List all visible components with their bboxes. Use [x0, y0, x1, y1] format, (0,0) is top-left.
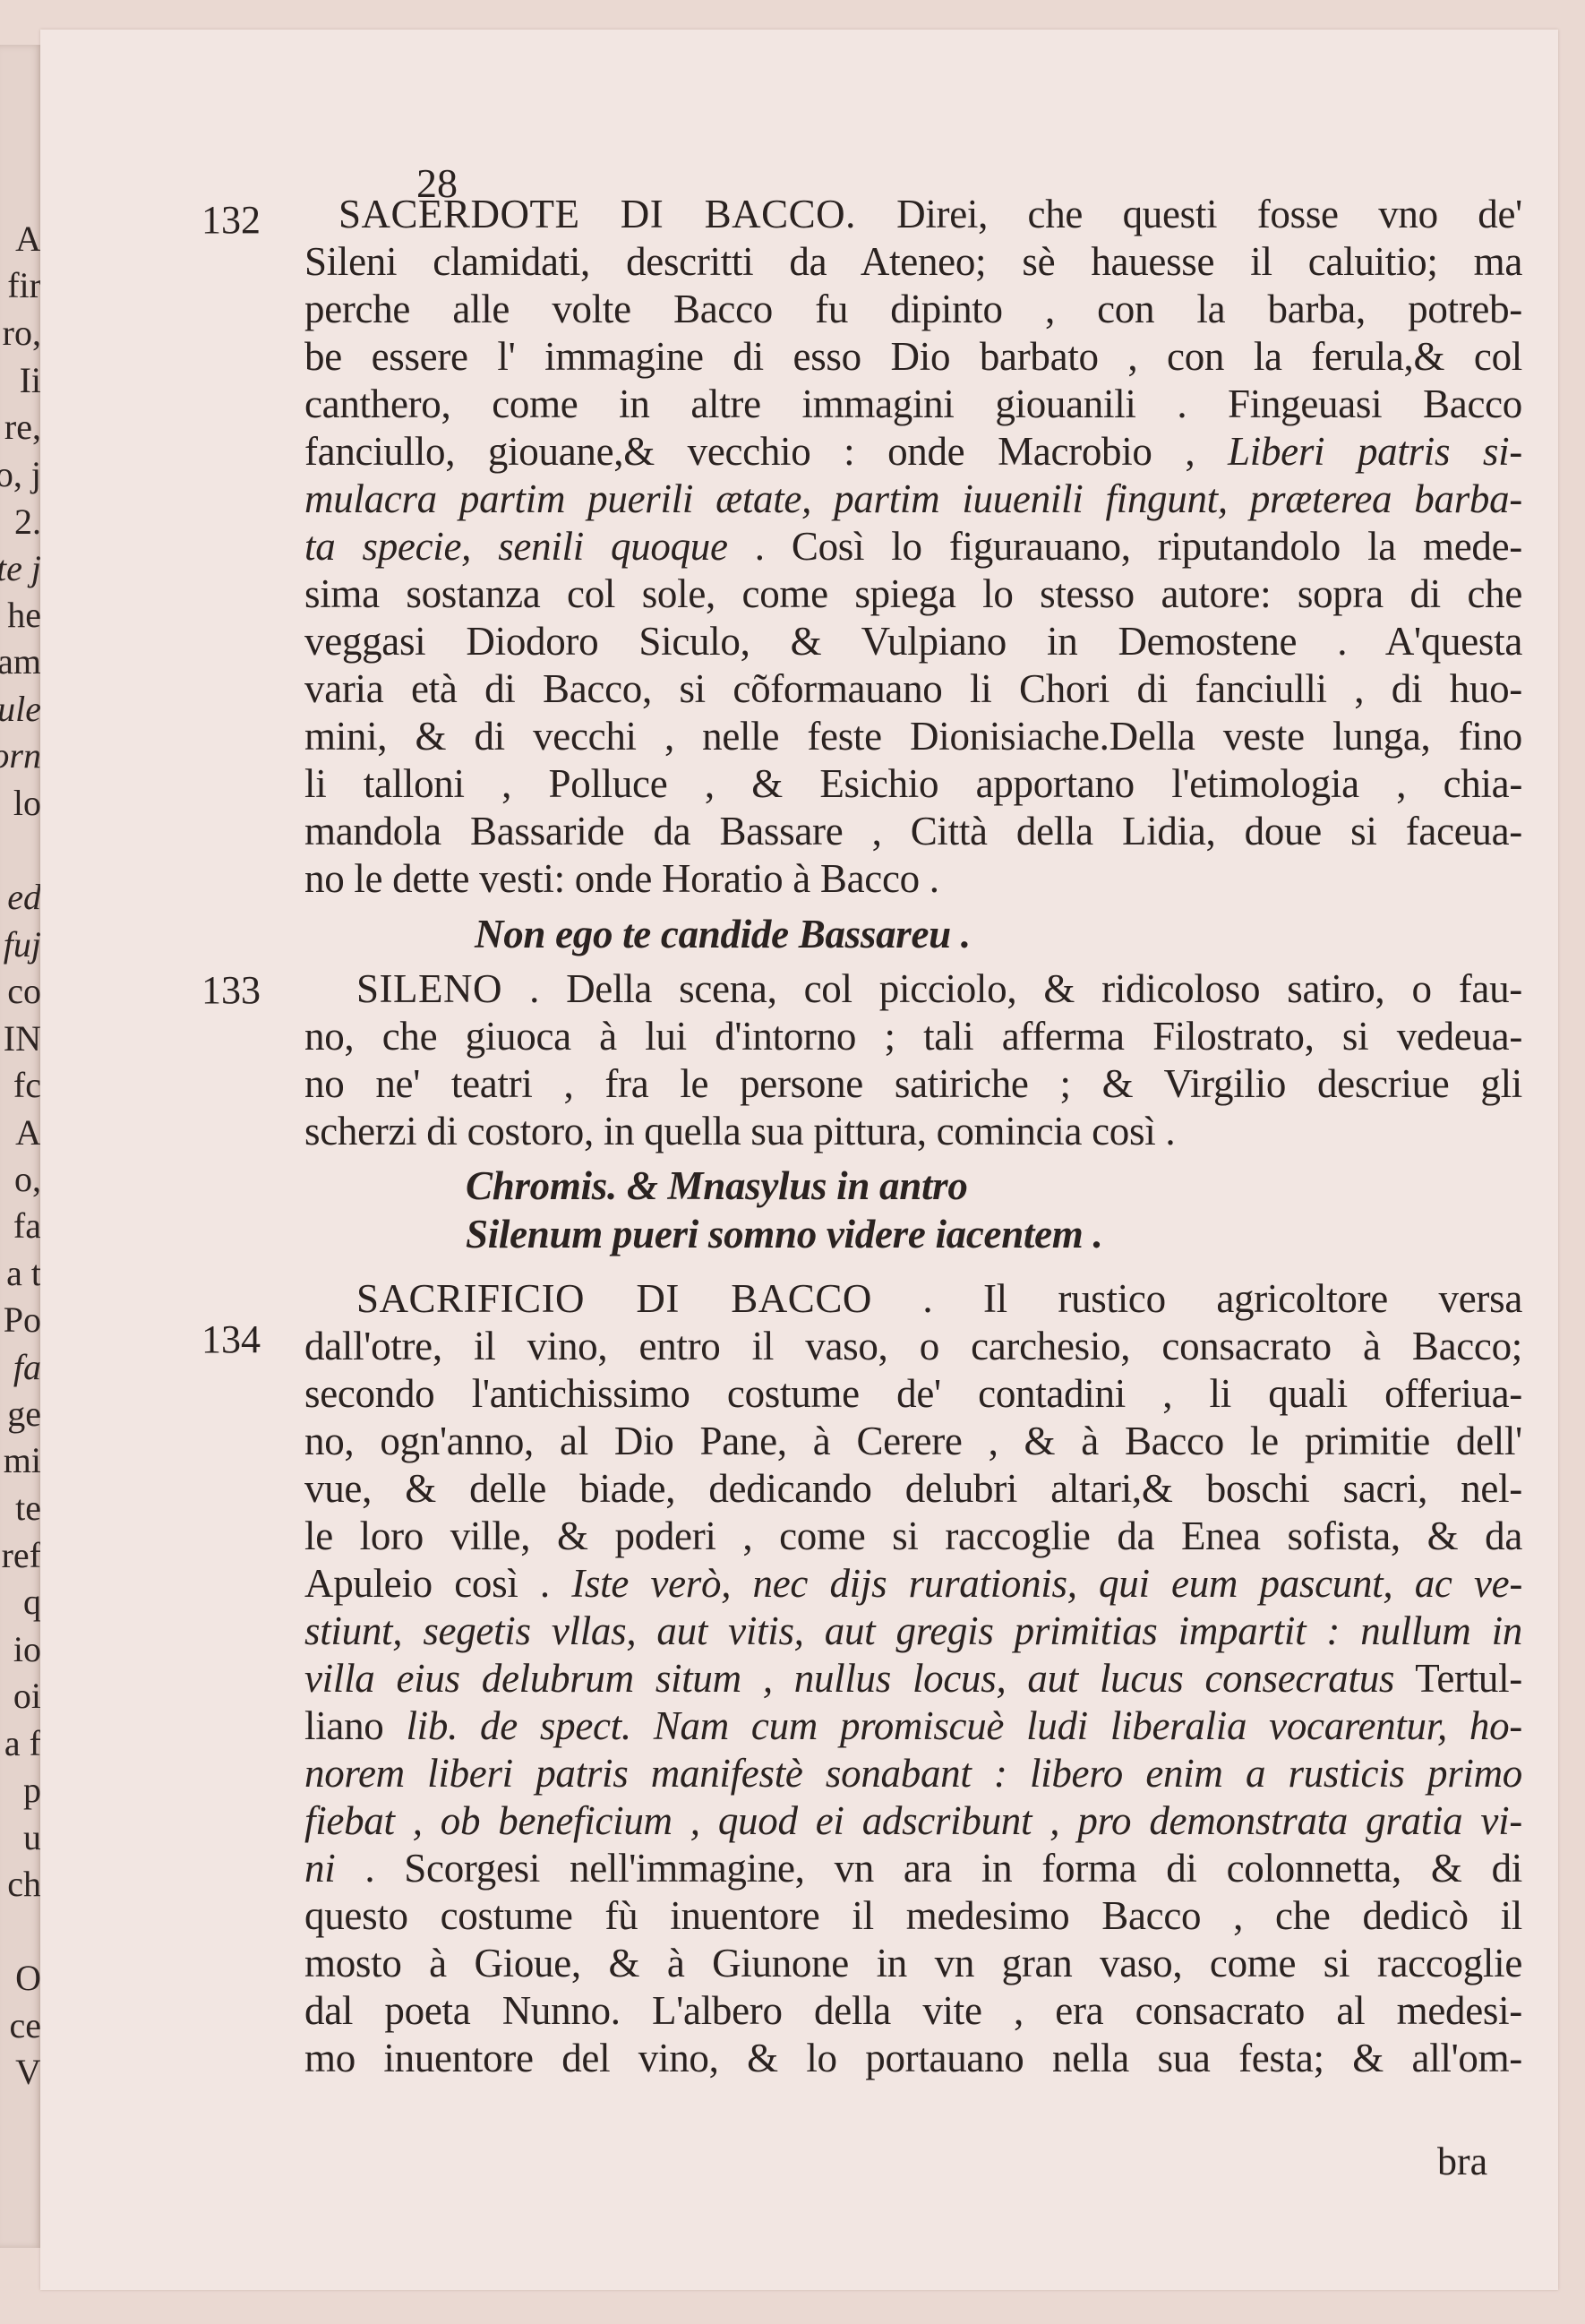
text-line: mandola Bassaride da Bassare , Città del… — [304, 808, 1522, 854]
text-line: sima sostanza col sole, come spiega lo s… — [304, 570, 1522, 617]
facing-page-fragment: io — [13, 1632, 41, 1668]
text-run: varia età di Bacco, si cõformauano li Ch… — [304, 666, 1522, 711]
text-run: mandola Bassaride da Bassare , Città del… — [304, 809, 1522, 853]
facing-page-fragment: am — [0, 644, 41, 680]
text-run: be essere l' immagine di esso Dio barbat… — [304, 334, 1522, 379]
text-line: stiunt, segetis vllas, aut vitis, aut gr… — [304, 1608, 1522, 1654]
facing-page-fragment: lo — [13, 785, 41, 821]
facing-page-fragment: V — [15, 2054, 41, 2090]
facing-page-fragment: o, — [14, 1162, 41, 1197]
text-line: SACERDOTE DI BACCO. Direi, che questi fo… — [338, 191, 1522, 237]
text-line: SILENO . Della scena, col picciolo, & ri… — [356, 965, 1522, 1012]
latin-quote: Liberi patris si- — [1228, 429, 1522, 474]
facing-page-fragment: A — [15, 1115, 41, 1151]
catchword: bra — [1437, 2139, 1487, 2184]
facing-page-fragment: ce — [9, 2008, 41, 2044]
text-line: secondo l'antichissimo costume de' conta… — [304, 1370, 1522, 1417]
verse-line: Silenum pueri somno videre iacentem . — [466, 1211, 1102, 1257]
facing-page-fragment: IN — [4, 1021, 41, 1057]
text-line: ni . Scorgesi nell'immagine, vn ara in f… — [304, 1845, 1522, 1891]
verse-line: Chromis. & Mnasylus in antro — [466, 1162, 968, 1209]
facing-page-fragment: te j — [0, 551, 41, 587]
text-run: . Scorgesi nell'immagine, vn ara in form… — [335, 1846, 1522, 1891]
facing-page-fragment: q — [23, 1584, 41, 1620]
facing-page-fragment: orn — [0, 738, 41, 774]
text-line: norem liberi patris manifestè sonabant :… — [304, 1750, 1522, 1797]
facing-page-fragment: mi — [4, 1443, 41, 1479]
text-line: mulacra partim puerili ætate, partim iuu… — [304, 476, 1522, 522]
text-line: no, che giuoca à lui d'intorno ; tali af… — [304, 1013, 1522, 1059]
latin-quote: lib. de spect. Nam cum promiscuè ludi li… — [406, 1703, 1522, 1748]
facing-page-fragment: fuj — [4, 927, 41, 963]
facing-page-fragment: Po — [4, 1302, 41, 1338]
facing-page-fragment: ed — [7, 879, 41, 915]
text-line: no, ogn'anno, al Dio Pane, à Cerere , & … — [304, 1418, 1522, 1464]
latin-quote: villa eius delubrum situm , nullus locus… — [304, 1656, 1394, 1701]
latin-quote: fiebat , ob beneficium , quod ei adscrib… — [304, 1798, 1522, 1843]
text-run: secondo l'antichissimo costume de' conta… — [304, 1371, 1522, 1416]
text-line: be essere l' immagine di esso Dio barbat… — [304, 333, 1522, 380]
facing-page-fragment: p — [23, 1772, 41, 1808]
text-run: dal poeta Nunno. L'albero della vite , e… — [304, 1988, 1522, 2033]
text-run: no ne' teatri , fra le persone satiriche… — [304, 1061, 1522, 1106]
text-line: SACRIFICIO DI BACCO . Il rustico agricol… — [356, 1275, 1522, 1322]
facing-page-fragment: A — [15, 221, 41, 257]
text-run: Apuleio così . — [304, 1561, 571, 1606]
text-line: dall'otre, il vino, entro il vaso, o car… — [304, 1323, 1522, 1369]
facing-page-fragment: co — [7, 973, 41, 1009]
text-line: vue, & delle biade, dedicando delubri al… — [304, 1465, 1522, 1512]
latin-quote: stiunt, segetis vllas, aut vitis, aut gr… — [304, 1608, 1522, 1653]
text-line: no le dette vesti: onde Horatio à Bacco … — [304, 855, 939, 902]
text-run: canthero, come in altre immagini giouani… — [304, 382, 1522, 426]
text-line: scherzi di costoro, in quella sua pittur… — [304, 1108, 1175, 1154]
text-run: mini, & di vecchi , nelle feste Dionisia… — [304, 714, 1522, 759]
text-run: Direi, che questi fosse vno de' — [896, 192, 1522, 236]
latin-quote: mulacra partim puerili ætate, partim iuu… — [304, 476, 1522, 521]
latin-quote: Iste verò, nec dijs rurationis, qui eum … — [571, 1561, 1522, 1606]
text-run: perche alle volte Bacco fu dipinto , con… — [304, 287, 1522, 331]
facing-page-fragment: o, j — [0, 457, 41, 493]
entry-number: 133 — [201, 967, 261, 1013]
text-line: perche alle volte Bacco fu dipinto , con… — [304, 286, 1522, 332]
text-run: questo costume fù inuentore il medesimo … — [304, 1893, 1522, 1938]
text-line: fanciullo, giouane,& vecchio : onde Macr… — [304, 428, 1522, 475]
facing-page-fragment: 2. — [14, 504, 41, 540]
text-run: sima sostanza col sole, come spiega lo s… — [304, 571, 1522, 616]
text-line: canthero, come in altre immagini giouani… — [304, 381, 1522, 427]
text-run: veggasi Diodoro Siculo, & Vulpiano in De… — [304, 619, 1522, 664]
facing-page-fragment: fc — [13, 1068, 41, 1103]
text-run: no le dette vesti: onde Horatio à Bacco … — [304, 856, 939, 901]
entry-heading: SILENO — [356, 966, 502, 1011]
facing-page-fragment: Ii — [20, 363, 41, 399]
text-run: mosto à Gioue, & à Giunone in vn gran va… — [304, 1941, 1522, 1985]
text-line: fiebat , ob beneficium , quod ei adscrib… — [304, 1797, 1522, 1844]
text-line: Sileni clamidati, descritti da Ateneo; s… — [304, 238, 1522, 285]
text-line: li talloni , Polluce , & Esichio apporta… — [304, 760, 1522, 807]
text-run: vue, & delle biade, dedicando delubri al… — [304, 1466, 1522, 1511]
text-run: Tertul- — [1394, 1656, 1522, 1701]
text-line: Apuleio così . Iste verò, nec dijs rurat… — [304, 1560, 1522, 1607]
text-run: . Così lo figurauano, riputandolo la med… — [728, 524, 1522, 569]
facing-page-fragment: fa — [13, 1208, 41, 1244]
facing-page-fragment: ref — [2, 1538, 41, 1574]
text-line: veggasi Diodoro Siculo, & Vulpiano in De… — [304, 618, 1522, 665]
text-line: mo inuentore del vino, & lo portauano ne… — [304, 2035, 1522, 2081]
text-run: liano — [304, 1703, 406, 1748]
text-run: . Il rustico agricoltore versa — [872, 1276, 1522, 1321]
text-line: ta specie, senili quoque . Così lo figur… — [304, 523, 1522, 570]
facing-page-fragment: he — [7, 597, 41, 633]
facing-page-fragment: a t — [6, 1256, 41, 1291]
text-line: mini, & di vecchi , nelle feste Dionisia… — [304, 713, 1522, 759]
text-line: no ne' teatri , fra le persone satiriche… — [304, 1060, 1522, 1107]
text-run: mo inuentore del vino, & lo portauano ne… — [304, 2036, 1522, 2080]
entry-heading: SACERDOTE DI BACCO. — [338, 192, 896, 236]
facing-page-fragment: fir — [7, 268, 41, 304]
text-run: no, ogn'anno, al Dio Pane, à Cerere , & … — [304, 1419, 1522, 1463]
text-line: villa eius delubrum situm , nullus locus… — [304, 1655, 1522, 1702]
facing-page-fragment: ge — [7, 1396, 41, 1432]
facing-page-fragment: oi — [13, 1678, 41, 1714]
facing-page-fragment: re, — [4, 409, 41, 445]
verse-line: Non ego te candide Bassareu . — [475, 911, 971, 957]
facing-page-fragment: u — [23, 1820, 41, 1856]
entry-number: 132 — [201, 197, 261, 243]
facing-page-fragment: O — [15, 1960, 41, 1996]
facing-page-fragment: fa — [13, 1350, 41, 1385]
text-run: scherzi di costoro, in quella sua pittur… — [304, 1109, 1175, 1153]
text-line: liano lib. de spect. Nam cum promiscuè l… — [304, 1702, 1522, 1749]
entry-number: 134 — [201, 1316, 261, 1362]
facing-page-fragment: ch — [7, 1866, 41, 1902]
text-line: questo costume fù inuentore il medesimo … — [304, 1892, 1522, 1939]
facing-page-fragment: ule — [0, 691, 41, 727]
text-line: dal poeta Nunno. L'albero della vite , e… — [304, 1987, 1522, 2034]
text-run: le loro ville, & poderi , come si raccog… — [304, 1514, 1522, 1558]
text-line: mosto à Gioue, & à Giunone in vn gran va… — [304, 1940, 1522, 1986]
entry-heading: SACRIFICIO DI BACCO — [356, 1276, 872, 1321]
text-run: no, che giuoca à lui d'intorno ; tali af… — [304, 1014, 1522, 1059]
text-line: varia età di Bacco, si cõformauano li Ch… — [304, 665, 1522, 712]
facing-page-edge: Afirro,Iire,o, j2.te jheamuleornloedfujc… — [0, 45, 43, 2248]
text-run: li talloni , Polluce , & Esichio apporta… — [304, 761, 1522, 806]
text-run: Sileni clamidati, descritti da Ateneo; s… — [304, 239, 1522, 284]
facing-page-fragment: a f — [4, 1726, 41, 1762]
latin-quote: ta specie, senili quoque — [304, 524, 728, 569]
latin-quote: norem liberi patris manifestè sonabant :… — [304, 1751, 1522, 1796]
text-run: dall'otre, il vino, entro il vaso, o car… — [304, 1324, 1522, 1368]
book-page: 28 bra 132SACERDOTE DI BACCO. Direi, che… — [40, 30, 1558, 2290]
text-line: le loro ville, & poderi , come si raccog… — [304, 1513, 1522, 1559]
text-run: fanciullo, giouane,& vecchio : onde Macr… — [304, 429, 1228, 474]
latin-quote: ni — [304, 1846, 335, 1891]
facing-page-fragment: te — [15, 1490, 41, 1526]
text-run: . Della scena, col picciolo, & ridicolos… — [502, 966, 1522, 1011]
facing-page-fragment: ro, — [3, 315, 41, 351]
